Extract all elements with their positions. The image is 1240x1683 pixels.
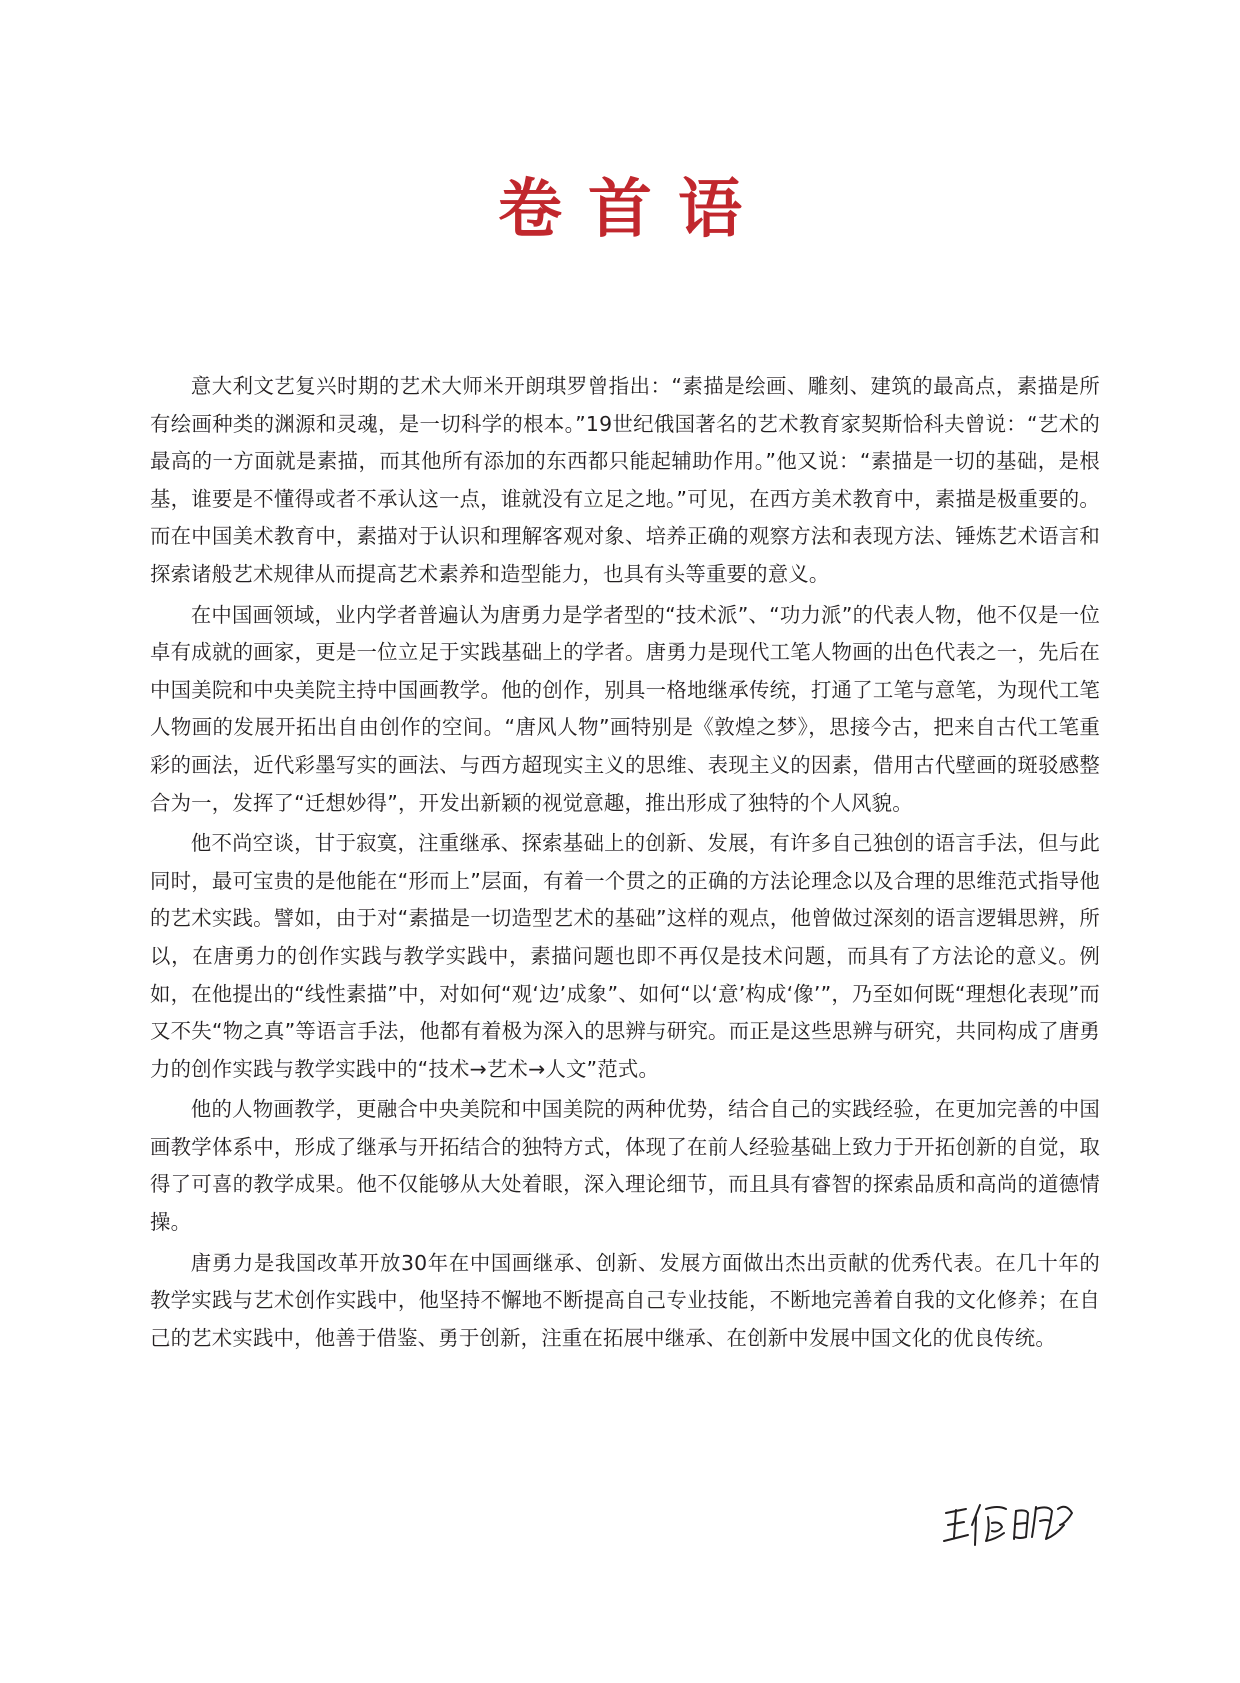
paragraph-5: 唐勇力是我国改革开放30年在中国画继承、创新、发展方面做出杰出贡献的优秀代表。在… — [150, 1245, 1100, 1358]
paragraph-1: 意大利文艺复兴时期的艺术大师米开朗琪罗曾指出：“素描是绘画、雕刻、建筑的最高点，… — [150, 368, 1100, 594]
page-title: 卷首语 — [0, 172, 1240, 248]
signature-icon — [940, 1495, 1080, 1555]
paragraph-4: 他的人物画教学，更融合中央美院和中国美院的两种优势，结合自己的实践经验，在更加完… — [150, 1091, 1100, 1241]
body-text: 意大利文艺复兴时期的艺术大师米开朗琪罗曾指出：“素描是绘画、雕刻、建筑的最高点，… — [150, 368, 1100, 1360]
document-page: 卷首语 意大利文艺复兴时期的艺术大师米开朗琪罗曾指出：“素描是绘画、雕刻、建筑的… — [0, 0, 1240, 1683]
paragraph-3: 他不尚空谈，甘于寂寞，注重继承、探索基础上的创新、发展，有许多自己独创的语言手法… — [150, 825, 1100, 1088]
paragraph-2: 在中国画领域，业内学者普遍认为唐勇力是学者型的“技术派”、“功力派”的代表人物，… — [150, 597, 1100, 823]
